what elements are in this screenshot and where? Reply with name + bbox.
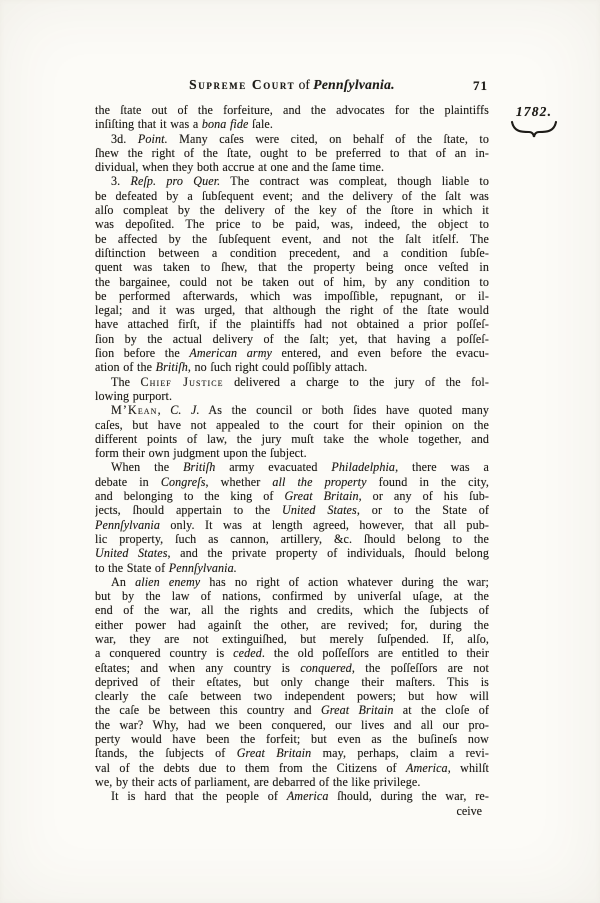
text-line: dividual, when they both accrue at one a… [95,160,489,174]
smallcaps-text: Chief Justice [141,375,224,389]
plain-text: we, by their acts of parliament, are deb… [95,775,421,789]
plain-text: , there was a [395,460,489,474]
text-line: ſhew the right of the ſtate, ought to be… [95,146,489,160]
text-line: and belonging to the king of Great Brita… [95,489,489,503]
text-line: be performed afterwards, which was impoſ… [95,289,489,303]
italic-text: Point. [138,132,168,146]
text-line: diſtinction between a condition preceden… [95,246,489,260]
plain-text: 3d. [111,132,138,146]
smallcaps-text: M’Kean [111,403,158,417]
plain-text: a conquered country is [95,646,233,660]
plain-text: ſtands, the ſubjects of [95,746,237,760]
plain-text: perty would have been the forfeit; but e… [95,732,489,746]
plain-text: has no right of action whatever during t… [200,575,489,589]
text-line: clearly the caſe between two independent… [95,689,489,703]
italic-text: Great Britain [237,746,312,760]
text-line: jects, ſhould appertain to the United St… [95,503,489,517]
plain-text: end of the war, all the rights and credi… [95,603,489,617]
running-head-of: of [295,77,313,92]
italic-text: Britiſh [183,460,215,474]
text-line: debate in Congreſs, whether all the prop… [95,475,489,489]
text-line: war, they are not extinguiſhed, but mere… [95,632,489,646]
text-line: inſiſting that it was a bona fide ſale. [95,117,489,131]
plain-text: , the poſſeſſors are not [352,661,489,675]
plain-text: eſtates; and when any country is [95,661,300,675]
italic-text: United States [95,546,168,560]
text-line: the bargainee, could not be taken out of… [95,275,489,289]
italic-text: ceded [233,646,262,660]
plain-text: ſhew the right of the ſtate, ought to be… [95,146,489,160]
text-line: perty would have been the forfeit; but e… [95,732,489,746]
text-line: the ſtate out of the forfeiture, and the… [95,103,489,117]
text-line: ſtands, the ſubjects of Great Britain ma… [95,746,489,760]
text-line: deprived of their eſtates, but only chan… [95,675,489,689]
plain-text: alſo compleat by the delivery of the key… [95,203,489,217]
page-number: 71 [473,78,488,94]
text-line: The Chief Justice delivered a charge to … [95,375,489,389]
plain-text: An [111,575,135,589]
plain-text: ſion before the [95,346,189,360]
text-line: different points of law, the jury muſt t… [95,432,489,446]
text-line: legal; and it was urged, that although t… [95,303,489,317]
italic-text: Pennſylvania. [169,561,237,575]
running-head-court: Supreme Court [189,77,295,92]
plain-text: Many caſes were cited, on behalf of the … [168,132,489,146]
plain-text: ſion by the actual delivery of the ſalt;… [95,332,489,346]
plain-text: ſhould, during the war, re- [328,789,489,803]
text-line: val of the debts due to them from the Ci… [95,761,489,775]
text-line: Pennſylvania only. It was at length agre… [95,518,489,532]
plain-text: lowing purport. [95,389,172,403]
scanned-book-page: Supreme Court of Pennſylvania. 71 1782. … [0,0,600,903]
plain-text: the caſe be between this country and [95,703,321,717]
plain-text: legal; and it was urged, that although t… [95,303,489,317]
text-line: a conquered country is ceded. the old po… [95,646,489,660]
plain-text: , whether [206,475,273,489]
plain-text: , and the private property of individual… [168,546,489,560]
plain-text: be performed afterwards, which was impoſ… [95,289,489,303]
italic-text: C. J. [170,403,199,417]
plain-text: have attached firſt, if the plaintiffs h… [95,317,489,331]
plain-text: diſtinction between a condition preceden… [95,246,489,260]
plain-text: quent was taken to ſhew, that the proper… [95,260,489,274]
text-line: end of the war, all the rights and credi… [95,603,489,617]
text-line: form their own judgment upon the ſubject… [95,446,489,460]
plain-text: entered, and even before the evacu- [272,346,489,360]
plain-text: only. It was at length agreed, however, … [160,518,489,532]
text-line: caſes, but have not appealed to the cour… [95,418,489,432]
plain-text: The [111,375,141,389]
plain-text: , whilſt [448,761,489,775]
margin-year-note: 1782. [506,104,562,139]
plain-text: val of the debts due to them from the Ci… [95,761,406,775]
plain-text: . the old poſſeſſors are entitled to the… [262,646,489,660]
italic-text: Pennſylvania [95,518,160,532]
plain-text: form their own judgment upon the ſubject… [95,446,307,460]
plain-text: delivered a charge to the jury of the fo… [224,375,489,389]
plain-text: ſale. [249,117,274,131]
text-line: When the Britiſh army evacuated Philadel… [95,460,489,474]
text-line: It is hard that the people of America ſh… [95,789,489,803]
italic-text: bona fide [202,117,249,131]
plain-text: to the State of [95,561,169,575]
plain-text: inſiſting that it was a [95,117,202,131]
plain-text: the ſtate out of the forfeiture, and the… [95,103,489,117]
plain-text: but by the law of nations, confirmed by … [95,589,489,603]
plain-text: army evacuated [215,460,331,474]
italic-text: Reſp. pro Quer. [130,174,220,188]
text-line: be defeated by a ſubſequent event; and t… [95,189,489,203]
plain-text: at the cloſe of [394,703,490,717]
plain-text: debate in [95,475,161,489]
plain-text: was depoſited. The price to be paid, was… [95,217,489,231]
plain-text: When the [111,460,183,474]
text-line: ſion by the actual delivery of the ſalt;… [95,332,489,346]
plain-text: the war? Why, had we been conquered, our… [95,718,489,732]
plain-text: , no ſuch right could poſſibly attach. [188,360,368,374]
italic-text: conquered [300,661,352,675]
text-line: was depoſited. The price to be paid, was… [95,217,489,231]
text-line: we, by their acts of parliament, are deb… [95,775,489,789]
text-line: to the State of Pennſylvania. [95,561,489,575]
plain-text: The contract was compleat, though liable… [220,174,489,188]
text-line: be affected by the ſubſequent event, and… [95,232,489,246]
text-line: 3d. Point. Many caſes were cited, on beh… [95,132,489,146]
text-line: the caſe be between this country and Gre… [95,703,489,717]
year-brace-icon [509,119,559,139]
plain-text: , or any of his ſub- [359,489,489,503]
plain-text: found in the city, [367,475,489,489]
plain-text: jects, ſhould appertain to the [95,503,282,517]
plain-text: , [158,403,171,417]
text-line: United States, and the private property … [95,546,489,560]
plain-text: caſes, but have not appealed to the cour… [95,418,489,432]
plain-text: be defeated by a ſubſequent event; and t… [95,189,489,203]
plain-text: As the council or both ſides have quoted… [200,403,489,417]
plain-text: and belonging to the king of [95,489,284,503]
italic-text: America [406,761,448,775]
running-head: Supreme Court of Pennſylvania. [95,77,489,93]
plain-text: dividual, when they both accrue at one a… [95,160,384,174]
plain-text: , or to the State of [357,503,489,517]
italic-text: American army [189,346,272,360]
text-line: either power had againſt the other, are … [95,618,489,632]
plain-text: war, they are not extinguiſhed, but mere… [95,632,489,646]
text-line: but by the law of nations, confirmed by … [95,589,489,603]
italic-text: America [287,789,329,803]
text-line: have attached firſt, if the plaintiffs h… [95,317,489,331]
text-line: 3. Reſp. pro Quer. The contract was comp… [95,174,489,188]
plain-text: may, perhaps, claim a revi- [311,746,489,760]
text-line: the war? Why, had we been conquered, our… [95,718,489,732]
text-line: An alien enemy has no right of action wh… [95,575,489,589]
catchword: ceive [95,804,489,818]
italic-text: alien enemy [135,575,200,589]
text-line: quent was taken to ſhew, that the proper… [95,260,489,274]
plain-text: It is hard that the people of [111,789,287,803]
plain-text: either power had againſt the other, are … [95,618,489,632]
italic-text: Great Britain [284,489,358,503]
italic-text: all the property [272,475,366,489]
margin-year-label: 1782. [516,104,552,119]
text-line: lic property, ſuch as cannon, artillery,… [95,532,489,546]
plain-text: deprived of their eſtates, but only chan… [95,675,489,689]
italic-text: Britiſh [156,360,188,374]
italic-text: Philadelphia [331,460,395,474]
text-line: ſion before the American army entered, a… [95,346,489,360]
italic-text: Congreſs [161,475,206,489]
italic-text: Great Britain [321,703,394,717]
text-line: ation of the Britiſh, no ſuch right coul… [95,360,489,374]
text-block: the ſtate out of the forfeiture, and the… [95,103,489,818]
plain-text: lic property, ſuch as cannon, artillery,… [95,532,489,546]
plain-text: ation of the [95,360,156,374]
plain-text: the bargainee, could not be taken out of… [95,275,489,289]
text-line: alſo compleat by the delivery of the key… [95,203,489,217]
text-line: eſtates; and when any country is conquer… [95,661,489,675]
running-head-place: Pennſylvania. [313,77,395,92]
plain-text: clearly the caſe between two independent… [95,689,489,703]
plain-text: different points of law, the jury muſt t… [95,432,489,446]
italic-text: United States [282,503,357,517]
plain-text: be affected by the ſubſequent event, and… [95,232,489,246]
text-line: M’Kean, C. J. As the council or both ſid… [95,403,489,417]
plain-text: 3. [111,174,130,188]
text-line: lowing purport. [95,389,489,403]
